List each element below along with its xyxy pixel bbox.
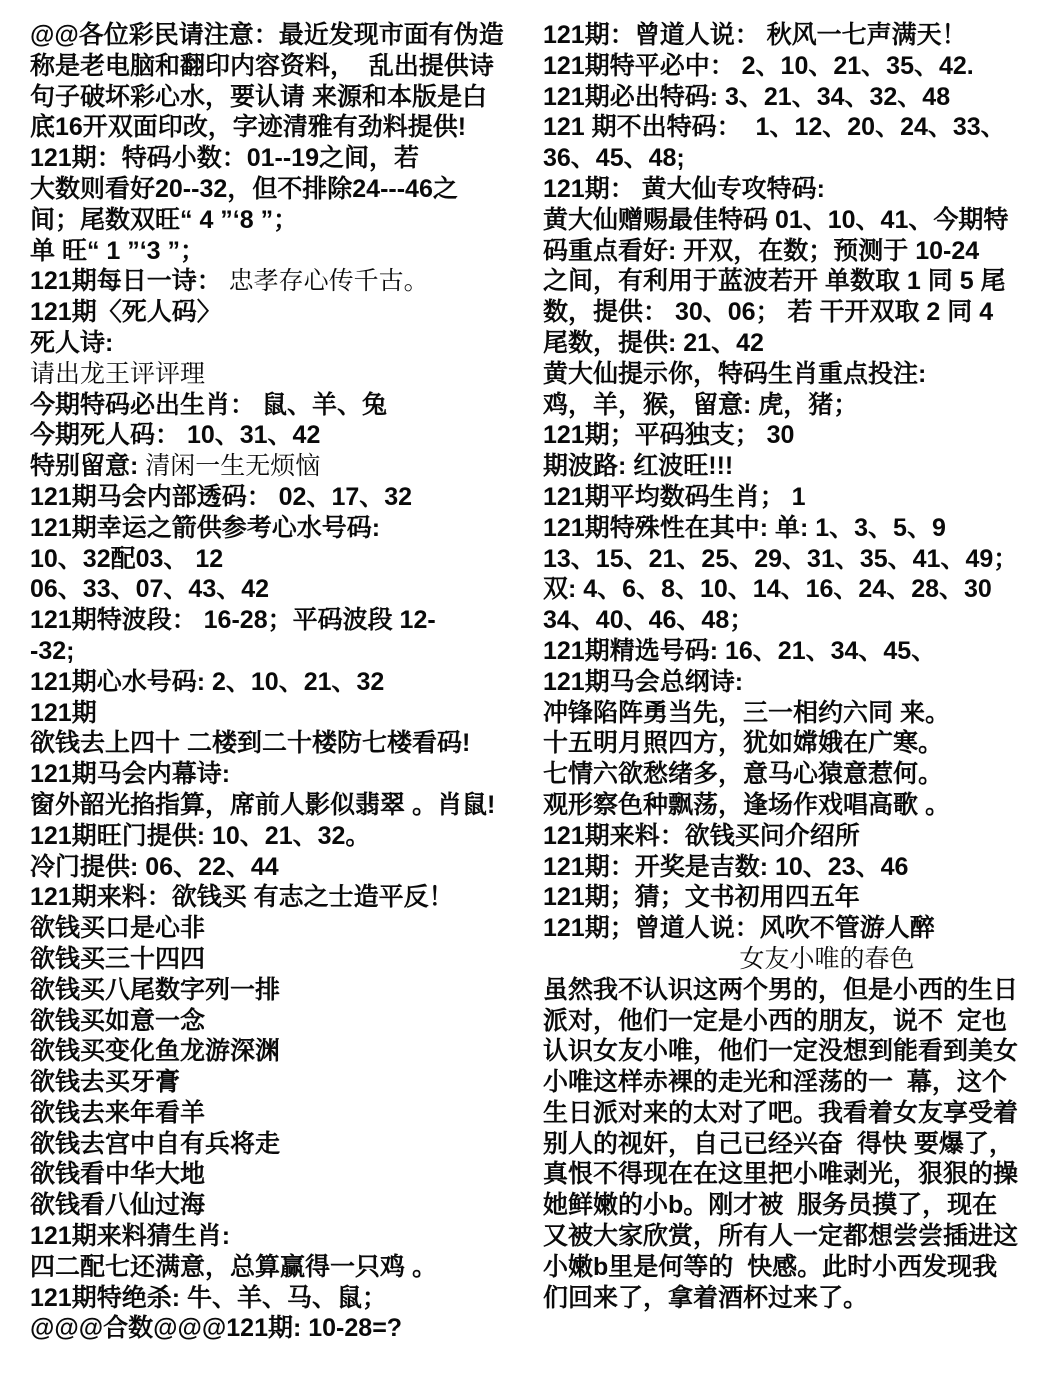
text-line: 冲锋陷阵勇当先，三一相约六同 来。 (543, 698, 1041, 729)
text-segment: 清闲一生无烦恼 (145, 453, 320, 480)
text-line: 又被大家欣赏，所有人一定都想尝尝插进这 (543, 1221, 1041, 1252)
text-segment: 121期 (30, 699, 97, 727)
text-line: 121期特平必中： 2、10、21、35、42. (543, 51, 1041, 82)
text-segment: 窗外韶光掐指算，席前人影似翡翠 。肖鼠! (30, 791, 495, 819)
text-line: 121期心水号码: 2、10、21、32 (30, 667, 532, 698)
text-segment: 小嫩b里是何等的 快感。此时小西发现我 (543, 1253, 997, 1281)
text-line: 欲钱看中华大地 (30, 1159, 532, 1190)
text-segment: 虽然我不认识这两个男的，但是小西的生日 (543, 976, 1018, 1004)
text-segment: 121期：曾道人说： 秋风一七声满天！ (543, 21, 967, 49)
text-segment: 欲钱去来年看羊 (30, 1099, 205, 1127)
text-line: 欲钱买变化鱼龙游深渊 (30, 1036, 532, 1067)
text-segment: 121期：特码小数：01--19之间，若 (30, 144, 419, 172)
text-segment: 四二配七还满意，总算赢得一只鸡 。 (30, 1253, 437, 1281)
text-segment: 黄大仙赠赐最佳特码 01、10、41、今期特 (543, 206, 1008, 234)
text-line: 死人诗: (30, 328, 532, 359)
text-segment: 121期来料猜生肖: (30, 1222, 230, 1250)
text-segment: 欲钱看八仙过海 (30, 1191, 205, 1219)
text-segment: 121期旺门提供: 10、21、32。 (30, 822, 370, 850)
left-column: @@各位彩民请注意：最近发现市面有伪造称是老电脑和翻印内容资料， 乱出提供诗句子… (30, 20, 532, 1344)
text-segment: 单 旺“ 1 ”‘3 ”； (30, 237, 205, 265)
text-segment: 尾数，提供: 21、42 (543, 329, 764, 357)
text-segment: 121期平均数码生肖； 1 (543, 483, 806, 511)
text-line: 数，提供： 30、06； 若 干开双取 2 同 4 (543, 297, 1041, 328)
text-segment: 欲钱去买牙膏 (30, 1068, 180, 1096)
text-segment: 121期；平码独支； 30 (543, 421, 794, 449)
text-segment: 间；尾数双旺“ 4 ”‘8 ”； (30, 206, 298, 234)
text-line: 之间，有利用于蓝波若开 单数取 1 同 5 尾 (543, 266, 1041, 297)
text-line: 121期平均数码生肖； 1 (543, 482, 1041, 513)
text-line: 121期：开奖是吉数: 10、23、46 (543, 852, 1041, 883)
text-segment: 34、40、46、48； (543, 606, 754, 634)
text-segment: 鸡，羊，猴，留意: 虎，猪； (543, 391, 858, 419)
text-line: 121期 (30, 698, 532, 729)
text-line: 欲钱买三十四四 (30, 944, 532, 975)
text-segment: 欲钱买八尾数字列一排 (30, 976, 280, 1004)
text-line: 别人的视奸，自己已经兴奋 得快 要爆了， (543, 1129, 1041, 1160)
text-line: 121期马会总纲诗: (543, 667, 1041, 698)
text-line: 句子破坏彩心水，要认请 来源和本版是白 (30, 82, 532, 113)
text-line: 121期；猜；文书初用四五年 (543, 882, 1041, 913)
text-line: 鸡，羊，猴，留意: 虎，猪； (543, 390, 1041, 421)
document-page: @@各位彩民请注意：最近发现市面有伪造称是老电脑和翻印内容资料， 乱出提供诗句子… (0, 0, 1041, 1388)
text-segment: 121期马会总纲诗: (543, 668, 743, 696)
text-segment: 之间，有利用于蓝波若开 单数取 1 同 5 尾 (543, 267, 1006, 295)
text-line: 13、15、21、25、29、31、35、41、49； (543, 544, 1041, 575)
text-segment: 121期特殊性在其中: 单: 1、3、5、9 (543, 514, 946, 542)
text-segment: 121期特绝杀: 牛、羊、马、鼠； (30, 1284, 387, 1312)
text-line: 小嫩b里是何等的 快感。此时小西发现我 (543, 1252, 1041, 1283)
text-segment: 们回来了，拿着酒杯过来了。 (543, 1284, 868, 1312)
text-line: 间；尾数双旺“ 4 ”‘8 ”； (30, 205, 532, 236)
text-line: 期波路: 红波旺!!! (543, 451, 1041, 482)
text-segment: 今期特码必出生肖： 鼠、羊、兔 (30, 391, 387, 419)
text-segment: @@@合数@@@121期: 10-28=? (30, 1314, 402, 1342)
text-line: 121期马会内幕诗: (30, 759, 532, 790)
text-line: 底16开双面印改，字迹清雅有劲料提供! (30, 112, 532, 143)
text-segment: 底16开双面印改，字迹清雅有劲料提供! (30, 113, 466, 141)
text-line: 121期必出特码: 3、21、34、32、48 (543, 82, 1041, 113)
text-line: 121 期不出特码： 1、12、20、24、33、 (543, 112, 1041, 143)
text-segment: 句子破坏彩心水，要认请 来源和本版是白 (30, 83, 487, 111)
text-line: 121期每日一诗： 忠孝存心传千古。 (30, 266, 532, 297)
text-segment: 10、32配03、 12 (30, 545, 223, 573)
text-line: 大数则看好20--32，但不排除24---46之 (30, 174, 532, 205)
text-line: 她鲜嫩的小b。刚才被 服务员摸了，现在 (543, 1190, 1041, 1221)
text-line: @@@合数@@@121期: 10-28=? (30, 1313, 532, 1344)
text-segment: -32; (30, 637, 74, 665)
text-segment: 36、45、48; (543, 144, 685, 172)
text-line: 10、32配03、 12 (30, 544, 532, 575)
text-segment: 数，提供： 30、06； 若 干开双取 2 同 4 (543, 298, 993, 326)
text-segment: 请出龙王评评理 (30, 361, 205, 388)
text-segment: 认识女友小唯，他们一定没想到能看到美女 (543, 1037, 1018, 1065)
text-segment: 别人的视奸，自己已经兴奋 得快 要爆了， (543, 1130, 1014, 1158)
text-segment: 121期必出特码: 3、21、34、32、48 (543, 83, 950, 111)
text-segment: 欲钱买三十四四 (30, 945, 205, 973)
text-line: 121期；平码独支； 30 (543, 420, 1041, 451)
text-line: 小唯这样赤裸的走光和淫荡的一 幕，这个 (543, 1067, 1041, 1098)
text-line: 十五明月照四方，犹如嫦娥在广寒。 (543, 728, 1041, 759)
text-segment: 今期死人码： 10、31、42 (30, 421, 320, 449)
text-segment: 码重点看好: 开双，在数；预测于 10-24 (543, 237, 979, 265)
text-segment: 121期特波段： 16-28；平码波段 12- (30, 606, 436, 634)
text-line: 今期特码必出生肖： 鼠、羊、兔 (30, 390, 532, 421)
text-line: 欲钱去买牙膏 (30, 1067, 532, 1098)
text-line: 今期死人码： 10、31、42 (30, 420, 532, 451)
text-line: 121期旺门提供: 10、21、32。 (30, 821, 532, 852)
text-segment: 双: 4、6、8、10、14、16、24、28、30 (543, 575, 992, 603)
text-line: 们回来了，拿着酒杯过来了。 (543, 1283, 1041, 1314)
text-segment: 十五明月照四方，犹如嫦娥在广寒。 (543, 729, 943, 757)
text-line: 尾数，提供: 21、42 (543, 328, 1041, 359)
text-segment: 121期马会内部透码： 02、17、32 (30, 483, 412, 511)
text-segment: 女友小唯的春色 (739, 946, 914, 973)
text-segment: 黄大仙提示你，特码生肖重点投注: (543, 360, 926, 388)
text-line: 121期马会内部透码： 02、17、32 (30, 482, 532, 513)
text-line: 34、40、46、48； (543, 605, 1041, 636)
text-segment: 121期来料：欲钱买 有志之士造平反！ (30, 883, 454, 911)
text-segment: 欲钱去上四十 二楼到二十楼防七楼看码! (30, 729, 470, 757)
text-segment: 欲钱去宫中自有兵将走 (30, 1130, 280, 1158)
text-segment: 又被大家欣赏，所有人一定都想尝尝插进这 (543, 1222, 1018, 1250)
text-segment: 期波路: 红波旺!!! (543, 452, 733, 480)
text-line: 121期特绝杀: 牛、羊、马、鼠； (30, 1283, 532, 1314)
text-line: 欲钱买如意一念 (30, 1006, 532, 1037)
text-line: 121期；曾道人说：风吹不管游人醉 (543, 913, 1041, 944)
text-line: 欲钱去来年看羊 (30, 1098, 532, 1129)
text-segment: 忠孝存心传千古。 (229, 268, 429, 295)
text-line: 欲钱去上四十 二楼到二十楼防七楼看码! (30, 728, 532, 759)
text-segment: 称是老电脑和翻印内容资料， 乱出提供诗 (30, 52, 494, 80)
text-line: 生日派对来的太对了吧。我看着女友享受着 (543, 1098, 1041, 1129)
text-line: 四二配七还满意，总算赢得一只鸡 。 (30, 1252, 532, 1283)
right-column: 121期：曾道人说： 秋风一七声满天！121期特平必中： 2、10、21、35、… (543, 20, 1041, 1313)
text-segment: 死人诗: (30, 329, 113, 357)
text-line: 窗外韶光掐指算，席前人影似翡翠 。肖鼠! (30, 790, 532, 821)
text-segment: 观形察色种飘荡，逢场作戏唱高歌 。 (543, 791, 950, 819)
text-line: 特别留意: 清闲一生无烦恼 (30, 451, 532, 482)
text-segment: 121期幸运之箭供参考心水号码: (30, 514, 380, 542)
text-line: 称是老电脑和翻印内容资料， 乱出提供诗 (30, 51, 532, 82)
text-segment: 冲锋陷阵勇当先，三一相约六同 来。 (543, 699, 950, 727)
text-line: 121期幸运之箭供参考心水号码: (30, 513, 532, 544)
text-segment: 121期心水号码: 2、10、21、32 (30, 668, 384, 696)
text-segment: 121期马会内幕诗: (30, 760, 230, 788)
text-line: 黄大仙提示你，特码生肖重点投注: (543, 359, 1041, 390)
text-segment: 特别留意: (30, 452, 145, 480)
text-line: 121期：特码小数：01--19之间，若 (30, 143, 532, 174)
text-line: 单 旺“ 1 ”‘3 ”； (30, 236, 532, 267)
text-line: 真恨不得现在在这里把小唯剥光，狠狠的操 (543, 1159, 1041, 1190)
text-line: 121期： 黄大仙专攻特码: (543, 174, 1041, 205)
text-line: 欲钱买口是心非 (30, 913, 532, 944)
text-segment: 13、15、21、25、29、31、35、41、49； (543, 545, 1018, 573)
text-segment: @@各位彩民请注意：最近发现市面有伪造 (30, 21, 504, 49)
text-segment: 121期： 黄大仙专攻特码: (543, 175, 825, 203)
text-segment: 小唯这样赤裸的走光和淫荡的一 幕，这个 (543, 1068, 1007, 1096)
text-segment: 她鲜嫩的小b。刚才被 服务员摸了，现在 (543, 1191, 997, 1219)
text-line: 七情六欲愁绪多，意马心猿意惹何。 (543, 759, 1041, 790)
text-line: 121期：曾道人说： 秋风一七声满天！ (543, 20, 1041, 51)
text-segment: 121期精选号码: 16、21、34、45、 (543, 637, 936, 665)
text-line: 121期来料猜生肖: (30, 1221, 532, 1252)
text-line: 06、33、07、43、42 (30, 574, 532, 605)
text-line: 请出龙王评评理 (30, 359, 532, 390)
text-line: 观形察色种飘荡，逢场作戏唱高歌 。 (543, 790, 1041, 821)
text-line: 虽然我不认识这两个男的，但是小西的生日 (543, 975, 1041, 1006)
text-line: 121期特波段： 16-28；平码波段 12- (30, 605, 532, 636)
text-line: 冷门提供: 06、22、44 (30, 852, 532, 883)
text-line: 121期精选号码: 16、21、34、45、 (543, 636, 1041, 667)
text-line: 派对，他们一定是小西的朋友，说不 定也 (543, 1006, 1041, 1037)
text-segment: 七情六欲愁绪多，意马心猿意惹何。 (543, 760, 943, 788)
text-segment: 121 期不出特码： 1、12、20、24、33、 (543, 113, 1006, 141)
text-segment: 121期特平必中： 2、10、21、35、42. (543, 52, 974, 80)
text-line: 黄大仙赠赐最佳特码 01、10、41、今期特 (543, 205, 1041, 236)
text-line: 欲钱看八仙过海 (30, 1190, 532, 1221)
text-line: 欲钱买八尾数字列一排 (30, 975, 532, 1006)
text-segment: 大数则看好20--32，但不排除24---46之 (30, 175, 458, 203)
text-segment: 121期；曾道人说：风吹不管游人醉 (543, 914, 935, 942)
text-segment: 121期〈死人码〉 (30, 298, 222, 326)
text-segment: 121期；猜；文书初用四五年 (543, 883, 860, 911)
text-segment: 冷门提供: 06、22、44 (30, 853, 279, 881)
text-line: 女友小唯的春色 (543, 944, 1041, 975)
text-line: 欲钱去宫中自有兵将走 (30, 1129, 532, 1160)
text-line: 121期来料：欲钱买问介绍所 (543, 821, 1041, 852)
text-line: 双: 4、6、8、10、14、16、24、28、30 (543, 574, 1041, 605)
text-segment: 派对，他们一定是小西的朋友，说不 定也 (543, 1007, 1007, 1035)
text-line: 认识女友小唯，他们一定没想到能看到美女 (543, 1036, 1041, 1067)
text-line: @@各位彩民请注意：最近发现市面有伪造 (30, 20, 532, 51)
text-segment: 欲钱看中华大地 (30, 1160, 205, 1188)
text-segment: 06、33、07、43、42 (30, 575, 269, 603)
text-segment: 121期每日一诗： (30, 267, 229, 295)
text-line: 121期来料：欲钱买 有志之士造平反！ (30, 882, 532, 913)
text-line: 36、45、48; (543, 143, 1041, 174)
text-line: 121期特殊性在其中: 单: 1、3、5、9 (543, 513, 1041, 544)
text-line: 121期〈死人码〉 (30, 297, 532, 328)
text-segment: 欲钱买如意一念 (30, 1007, 205, 1035)
text-line: 码重点看好: 开双，在数；预测于 10-24 (543, 236, 1041, 267)
text-segment: 121期：开奖是吉数: 10、23、46 (543, 853, 908, 881)
text-line: -32; (30, 636, 532, 667)
text-segment: 欲钱买变化鱼龙游深渊 (30, 1037, 280, 1065)
text-segment: 真恨不得现在在这里把小唯剥光，狠狠的操 (543, 1160, 1018, 1188)
text-segment: 欲钱买口是心非 (30, 914, 205, 942)
text-segment: 生日派对来的太对了吧。我看着女友享受着 (543, 1099, 1018, 1127)
text-segment: 121期来料：欲钱买问介绍所 (543, 822, 860, 850)
